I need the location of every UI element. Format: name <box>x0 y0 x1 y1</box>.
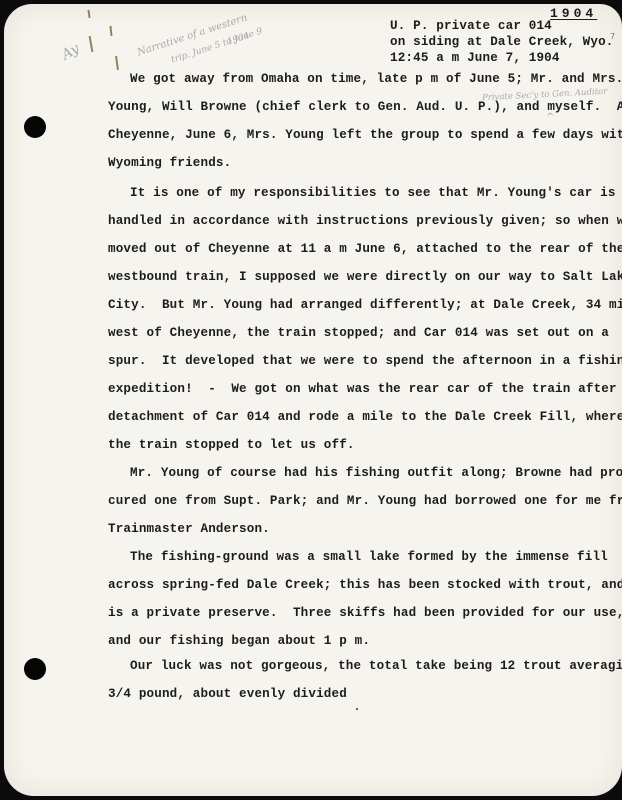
body-line: Wyoming friends. <box>108 156 231 170</box>
staple-mark-left <box>87 10 90 18</box>
dateline-header: U. P. private car 014 on siding at Dale … <box>390 18 614 66</box>
body-line: Trainmaster Anderson. <box>108 522 270 536</box>
pencil-initials: Ay <box>59 41 82 64</box>
body-line: Our luck was not gorgeous, the total tak… <box>130 659 622 673</box>
body-line: It is one of my responsibilities to see … <box>130 186 616 200</box>
body-line: The fishing-ground was a small lake form… <box>130 550 608 564</box>
body-line: across spring-fed Dale Creek; this has b… <box>108 578 622 592</box>
body-line: Cheyenne, June 6, Mrs. Young left the gr… <box>108 128 622 142</box>
body-line: is a private preserve. Three skiffs had … <box>108 606 622 620</box>
pencil-note-title-line3: 1904 <box>226 31 251 48</box>
body-line: cured one from Supt. Park; and Mr. Young… <box>108 494 622 508</box>
header-line-location: on siding at Dale Creek, Wyo. <box>390 34 614 50</box>
body-line: the train stopped to let us off. <box>108 438 355 452</box>
stray-ink-dot <box>356 708 358 710</box>
header-line-car: U. P. private car 014 <box>390 18 614 34</box>
staple-mark-left-lower <box>89 36 94 52</box>
body-line: westbound train, I supposed we were dire… <box>108 270 622 284</box>
header-line-datetime: 12:45 a m June 7, 1904 <box>390 50 614 66</box>
body-line: and our fishing began about 1 p m. <box>108 634 370 648</box>
document-page: 1904 7 U. P. private car 014 on siding a… <box>4 4 622 796</box>
body-line: detachment of Car 014 and rode a mile to… <box>108 410 622 424</box>
staple-mark-right <box>109 26 112 36</box>
body-line: Mr. Young of course had his fishing outf… <box>130 466 622 480</box>
body-line: moved out of Cheyenne at 11 a m June 6, … <box>108 242 622 256</box>
body-line: spur. It developed that we were to spend… <box>108 354 622 368</box>
punch-hole-bottom <box>24 658 46 680</box>
punch-hole-top <box>24 116 46 138</box>
body-line: expedition! - We got on what was the rea… <box>108 382 617 396</box>
body-line: handled in accordance with instructions … <box>108 214 622 228</box>
body-line: west of Cheyenne, the train stopped; and… <box>108 326 609 340</box>
body-line: City. But Mr. Young had arranged differe… <box>108 298 622 312</box>
body-line: We got away from Omaha on time, late p m… <box>130 72 622 86</box>
body-line: 3/4 pound, about evenly divided <box>108 687 347 701</box>
staple-mark-right-lower <box>115 56 119 70</box>
body-line: Young, Will Browne (chief clerk to Gen. … <box>108 100 622 114</box>
